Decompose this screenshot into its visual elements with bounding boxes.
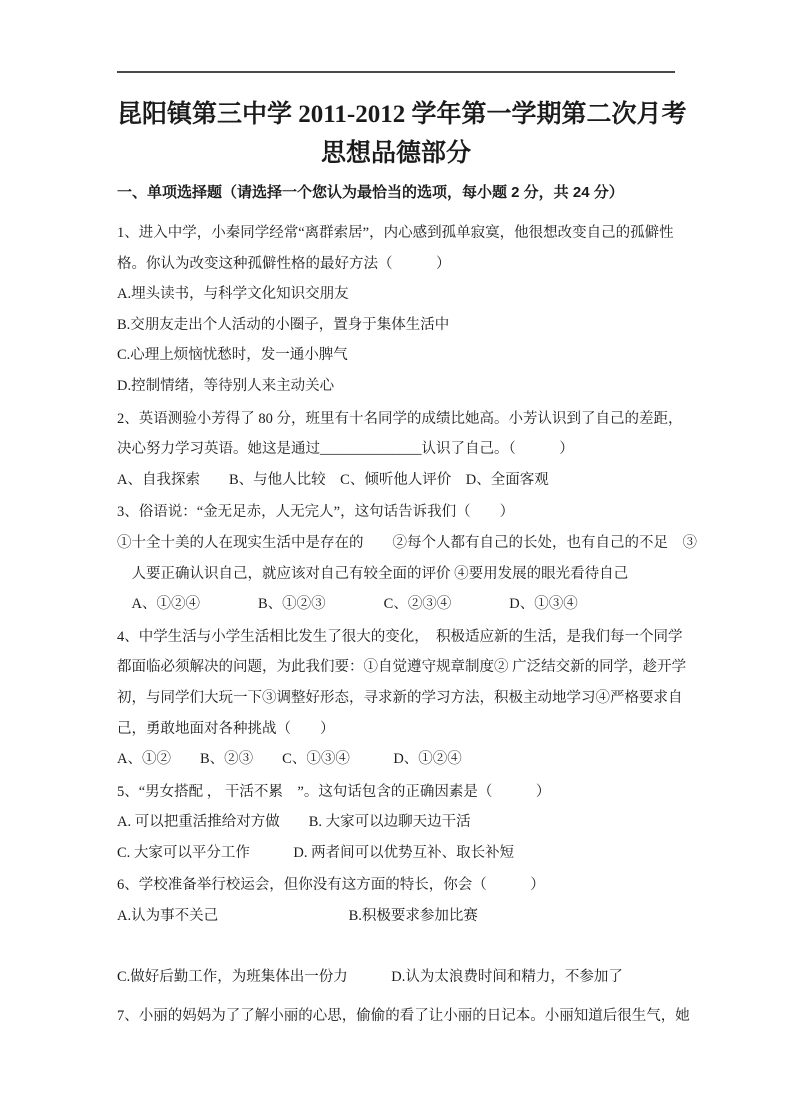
question-5-options-cd: C. 大家可以平分工作 D. 两者间可以优势互补、取长补短 (117, 838, 675, 869)
question-3: 3、俗语说：“金无足赤，人无完人”，这句话告诉我们（ ） ①十全十美的人在现实生… (117, 497, 675, 619)
question-6-options-cd: C.做好后勤工作，为班集体出一份力 D.认为太浪费时间和精力，不参加了 (117, 962, 675, 993)
exam-document-page: 昆阳镇第三中学 2011-2012 学年第一学期第二次月考 思想品德部分 一、单… (0, 0, 792, 1120)
question-5-stem: 5、“男女搭配 ， 干活不累 ”。这句话包含的正确因素是（ ） (117, 777, 675, 808)
question-1-stem-line-2: 格。你认为改变这种孤僻性格的最好方法（ ） (117, 249, 675, 280)
question-3-items-line-2: 人要正确认识自己，就应该对自己有较全面的评价 ④要用发展的眼光看待自己 (117, 559, 675, 590)
question-7-stem: 7、小丽的妈妈为了了解小丽的心思，偷偷的看了让小丽的日记本。小丽知道后很生气，她 (117, 1001, 675, 1032)
question-6-options-ab: A.认为事不关己 B.积极要求参加比赛 (117, 901, 675, 932)
question-list: 1、进入中学，小秦同学经常“离群索居”，内心感到孤单寂寞，他很想改变自己的孤僻性… (117, 218, 675, 1031)
question-4-options: A、①② B、②③ C、①③④ D、①②④ (117, 744, 675, 775)
question-2-stem-line-1: 2、英语测验小芳得了 80 分，班里有十名同学的成绩比她高。小芳认识到了自己的差… (117, 404, 675, 435)
question-7: 7、小丽的妈妈为了了解小丽的心思，偷偷的看了让小丽的日记本。小丽知道后很生气，她 (117, 1001, 675, 1032)
question-2: 2、英语测验小芳得了 80 分，班里有十名同学的成绩比她高。小芳认识到了自己的差… (117, 404, 675, 496)
top-divider (117, 71, 675, 73)
question-6-stem: 6、学校准备举行校运会，但你没有这方面的特长，你会（ ） (117, 870, 675, 901)
exam-title-line-1: 昆阳镇第三中学 2011-2012 学年第一学期第二次月考 (117, 95, 675, 134)
question-1: 1、进入中学，小秦同学经常“离群索居”，内心感到孤单寂寞，他很想改变自己的孤僻性… (117, 218, 675, 402)
question-4-stem-line-2: 都面临必须解决的问题，为此我们要：①自觉遵守规章制度② 广泛结交新的同学，趁开学 (117, 652, 675, 683)
question-1-option-a: A.埋头读书，与科学文化知识交朋友 (117, 279, 675, 310)
question-1-option-d: D.控制情绪，等待别人来主动关心 (117, 371, 675, 402)
question-5: 5、“男女搭配 ， 干活不累 ”。这句话包含的正确因素是（ ） A. 可以把重活… (117, 777, 675, 869)
exam-title-line-2: 思想品德部分 (117, 134, 675, 173)
exam-content-column: 昆阳镇第三中学 2011-2012 学年第一学期第二次月考 思想品德部分 一、单… (117, 0, 675, 1031)
question-3-options: A、①②④ B、①②③ C、②③④ D、①③④ (117, 589, 675, 620)
question-4-stem-line-1: 4、中学生活与小学生活相比发生了很大的变化， 积极适应新的生活，是我们每一个同学 (117, 622, 675, 653)
question-3-stem: 3、俗语说：“金无足赤，人无完人”，这句话告诉我们（ ） (117, 497, 675, 528)
question-4-stem-line-3: 初，与同学们大玩一下③调整好形态，寻求新的学习方法，积极主动地学习④严格要求自 (117, 683, 675, 714)
question-4: 4、中学生活与小学生活相比发生了很大的变化， 积极适应新的生活，是我们每一个同学… (117, 622, 675, 775)
question-2-options: A、自我探索 B、与他人比较 C、倾听他人评价 D、全面客观 (117, 465, 675, 496)
question-1-option-b: B.交朋友走出个人活动的小圈子，置身于集体生活中 (117, 310, 675, 341)
question-6-blank-line (117, 932, 675, 963)
question-4-stem-line-4: 己，勇敢地面对各种挑战（ ） (117, 714, 675, 745)
section-1-heading: 一、单项选择题（请选择一个您认为最恰当的选项，每小题 2 分，共 24 分） (117, 181, 675, 205)
question-1-option-c: C.心理上烦恼忧愁时，发一通小脾气 (117, 340, 675, 371)
question-5-options-ab: A. 可以把重活推给对方做 B. 大家可以边聊天边干活 (117, 807, 675, 838)
question-3-items-line-1: ①十全十美的人在现实生活中是存在的 ②每个人都有自己的长处，也有自己的不足 ③ (117, 528, 675, 559)
question-6: 6、学校准备举行校运会，但你没有这方面的特长，你会（ ） A.认为事不关己 B.… (117, 870, 675, 992)
question-2-stem-line-2: 决心努力学习英语。她这是通过______________认识了自己。（ ） (117, 434, 675, 465)
question-1-stem-line-1: 1、进入中学，小秦同学经常“离群索居”，内心感到孤单寂寞，他很想改变自己的孤僻性 (117, 218, 675, 249)
